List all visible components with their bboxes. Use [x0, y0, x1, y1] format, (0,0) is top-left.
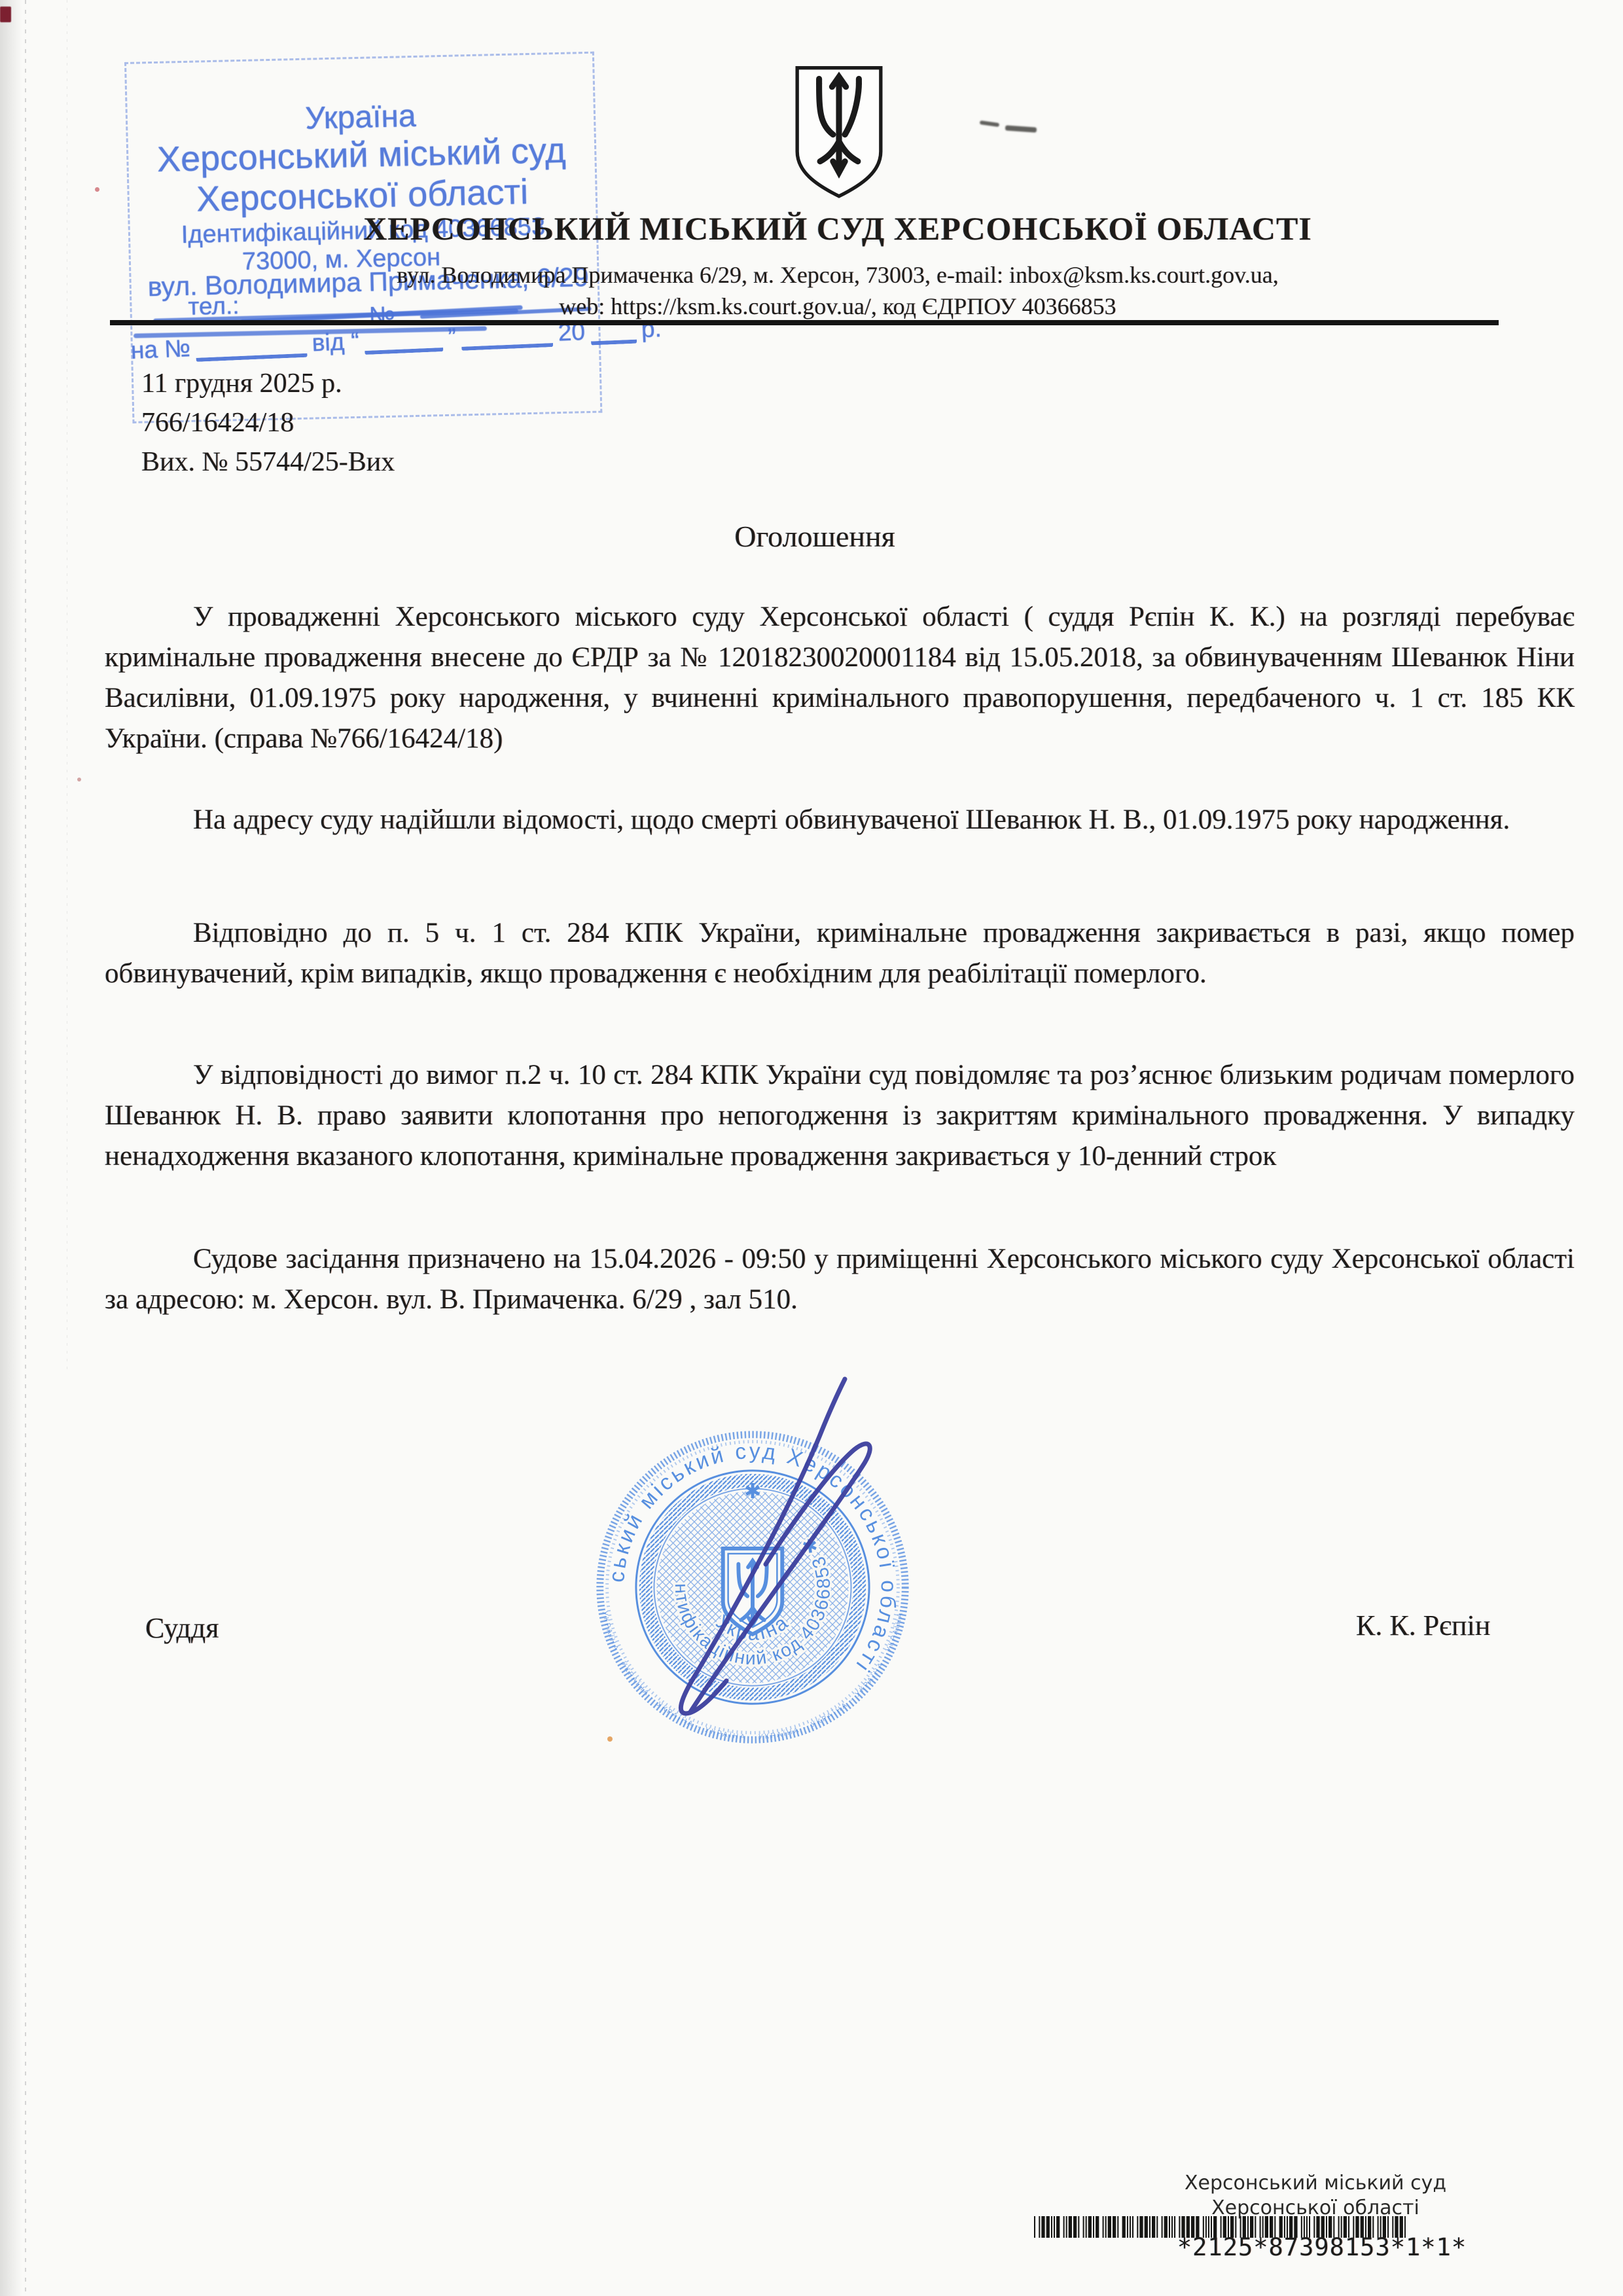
judge-name: К. К. Рєпін [1356, 1609, 1490, 1642]
ref-blank [461, 327, 554, 351]
court-round-seal: УКРАЇНА · УКРАЇНА · УКРАЇНА · УКРАЇНА · … [592, 1426, 914, 1748]
scan-edge-line [67, 0, 67, 1374]
body-paragraph: У провадженні Херсонського міського суду… [105, 597, 1575, 759]
judge-label: Суддя [145, 1611, 219, 1645]
court-web-line: web: https://ksm.ks.court.gov.ua/, код Є… [92, 293, 1584, 320]
ref-quote-close: ” [448, 323, 457, 351]
body-paragraph: Відповідно до п. 5 ч. 1 ст. 284 КПК Укра… [105, 913, 1575, 994]
seal-trident-shield [723, 1549, 783, 1634]
ref-vid: від [312, 328, 345, 357]
footer-court-line1: Херсонський міський суд [1086, 2172, 1544, 2195]
body-paragraph: У відповідності до вимог п.2 ч. 10 ст. 2… [105, 1055, 1575, 1177]
ref-blank [364, 332, 443, 355]
body-paragraph: На адресу суду надійшли відомості, щодо … [105, 800, 1575, 840]
header-divider-rule [110, 320, 1499, 325]
coat-of-arms-trident [789, 62, 889, 202]
ref-quote-open: “ [351, 327, 360, 355]
court-name-header: ХЕРСОНСЬКИЙ МІСЬКИЙ СУД ХЕРСОНСЬКОЇ ОБЛА… [92, 209, 1584, 247]
scan-speck [95, 187, 99, 192]
court-address-line: вул. Володимира Примаченка 6/29, м. Херс… [92, 261, 1584, 289]
body-paragraph: Судове засідання призначено на 15.04.202… [105, 1239, 1575, 1320]
document-date: 11 грудня 2025 р. [141, 364, 395, 403]
barcode-caption: *2125*87398153*1*1* [1113, 2233, 1531, 2261]
scan-smudge [1005, 125, 1037, 132]
case-number: 766/16424/18 [141, 403, 395, 442]
scanned-court-document: { "colors": { "paper": "#fafaf8", "text"… [0, 0, 1623, 2296]
seal-top-star: ✱ [744, 1480, 761, 1503]
scan-corner-mark [0, 7, 11, 22]
scan-speck [77, 778, 81, 781]
ref-blank [590, 324, 637, 346]
ref-prefix: на № [130, 334, 191, 365]
scan-edge-line [25, 0, 26, 2296]
meta-block: 11 грудня 2025 р. 766/16424/18 Вих. № 55… [141, 364, 395, 482]
document-title: Оголошення [105, 519, 1525, 554]
outgoing-number: Вих. № 55744/25-Вих [141, 442, 395, 482]
scan-smudge [980, 120, 1000, 127]
scan-left-shade [0, 0, 22, 2296]
